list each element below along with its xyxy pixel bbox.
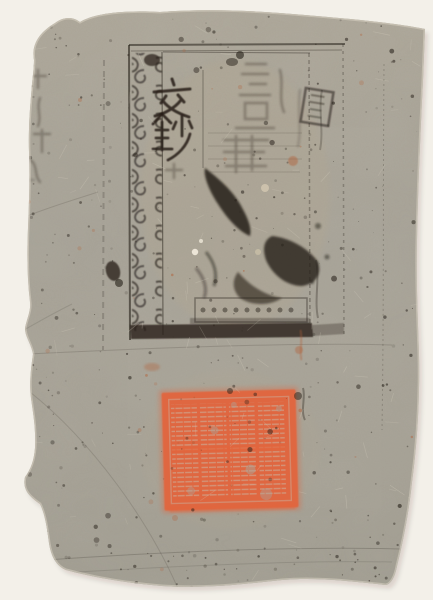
speckle bbox=[188, 551, 190, 553]
speckle bbox=[221, 240, 224, 243]
speckle bbox=[67, 234, 70, 237]
frame-bottom-band-faded bbox=[312, 323, 344, 336]
speckle bbox=[366, 168, 368, 170]
speckle bbox=[56, 47, 57, 48]
speckle bbox=[373, 232, 374, 233]
ornament-dot bbox=[223, 308, 228, 313]
speckle bbox=[331, 276, 337, 282]
ornament-dot bbox=[278, 308, 283, 313]
ink-blotch bbox=[115, 279, 123, 287]
speckle bbox=[386, 383, 388, 385]
speckle bbox=[211, 238, 212, 239]
speckle bbox=[49, 346, 52, 349]
ornament-dot bbox=[201, 308, 206, 313]
speckle bbox=[32, 123, 35, 126]
speckle bbox=[416, 131, 417, 132]
speckle bbox=[336, 419, 338, 421]
speckle bbox=[305, 363, 308, 366]
speckle bbox=[412, 308, 413, 309]
speckle bbox=[215, 563, 218, 566]
speckle bbox=[330, 454, 333, 457]
speckle bbox=[259, 157, 262, 160]
speckle bbox=[161, 451, 162, 452]
speckle bbox=[152, 492, 154, 494]
speckle bbox=[239, 211, 241, 213]
speckle bbox=[389, 389, 391, 391]
speckle bbox=[411, 436, 413, 438]
speckle bbox=[181, 448, 182, 449]
speckle bbox=[324, 430, 327, 433]
speckle bbox=[50, 440, 54, 444]
speckle bbox=[356, 249, 357, 250]
speckle bbox=[47, 405, 50, 408]
speckle bbox=[369, 536, 371, 538]
speckle bbox=[296, 549, 297, 550]
speckle bbox=[94, 537, 100, 543]
speckle bbox=[226, 416, 228, 418]
speckle bbox=[237, 513, 238, 514]
paper-sheet bbox=[0, 0, 433, 600]
speckle bbox=[183, 115, 185, 117]
speckle bbox=[375, 483, 377, 485]
speckle bbox=[308, 396, 311, 399]
speckle bbox=[100, 104, 102, 106]
speckle bbox=[380, 25, 382, 27]
speckle bbox=[243, 270, 245, 272]
speckle bbox=[307, 313, 310, 316]
speckle bbox=[316, 358, 319, 361]
stroke bbox=[172, 79, 174, 85]
speckle bbox=[321, 350, 322, 351]
speckle bbox=[102, 433, 103, 434]
speckle bbox=[301, 313, 302, 314]
speckle bbox=[127, 569, 128, 570]
speckle bbox=[55, 316, 59, 320]
speckle bbox=[359, 80, 364, 85]
rust-spot bbox=[288, 156, 298, 166]
speckle bbox=[340, 247, 343, 250]
speckle bbox=[220, 66, 223, 69]
ink-blotch bbox=[144, 54, 160, 66]
speckle bbox=[167, 193, 169, 195]
speckle bbox=[193, 67, 199, 73]
speckle bbox=[182, 49, 185, 52]
speckle bbox=[400, 59, 401, 60]
speckle bbox=[59, 37, 62, 40]
stroke bbox=[298, 90, 300, 146]
speckle bbox=[185, 437, 188, 440]
speckle bbox=[51, 395, 53, 397]
speckle bbox=[152, 297, 155, 300]
speckle bbox=[79, 201, 82, 204]
speckle bbox=[36, 369, 37, 370]
speckle bbox=[241, 190, 244, 193]
speckle bbox=[138, 428, 142, 432]
speckle bbox=[354, 456, 356, 458]
speckle bbox=[287, 162, 289, 164]
speckle bbox=[120, 568, 122, 570]
speckle bbox=[91, 94, 93, 96]
speckle bbox=[357, 559, 359, 561]
speckle bbox=[286, 398, 287, 399]
speckle bbox=[293, 213, 295, 215]
speckle bbox=[201, 40, 204, 43]
speckle bbox=[147, 553, 148, 554]
ink-dot bbox=[315, 223, 321, 229]
speckle bbox=[167, 560, 169, 562]
speckle bbox=[163, 478, 164, 479]
speckle bbox=[30, 216, 33, 219]
speckle bbox=[375, 187, 377, 189]
speckle bbox=[393, 523, 395, 525]
speckle bbox=[365, 111, 367, 113]
speckle bbox=[126, 353, 128, 355]
speckle bbox=[145, 453, 146, 454]
speckle bbox=[406, 309, 408, 311]
speckle bbox=[53, 425, 54, 426]
speckle bbox=[389, 49, 394, 54]
speckle bbox=[103, 78, 105, 80]
speckle bbox=[98, 324, 101, 327]
speckle bbox=[56, 544, 59, 547]
speckle bbox=[173, 336, 174, 337]
speckle bbox=[344, 405, 347, 408]
ink-dot bbox=[325, 255, 330, 260]
speckle bbox=[172, 320, 174, 322]
speckle bbox=[233, 313, 234, 314]
speckle bbox=[88, 225, 90, 227]
speckle bbox=[232, 385, 235, 388]
ornament-dot bbox=[289, 308, 294, 313]
speckle bbox=[234, 199, 237, 202]
speckle bbox=[193, 554, 197, 558]
speckle bbox=[69, 105, 70, 106]
speckle bbox=[47, 152, 50, 155]
speckle bbox=[211, 362, 212, 363]
damage-spot bbox=[255, 249, 261, 255]
speckle bbox=[356, 384, 361, 389]
speckle bbox=[285, 148, 287, 150]
speckle bbox=[206, 27, 211, 32]
speckle bbox=[201, 449, 202, 450]
speckle bbox=[319, 263, 320, 264]
speckle bbox=[75, 447, 78, 450]
speckle bbox=[297, 556, 300, 559]
speckle bbox=[33, 183, 35, 185]
speckle bbox=[77, 53, 80, 56]
speckle bbox=[224, 162, 226, 164]
speckle bbox=[108, 544, 112, 548]
speckle bbox=[352, 248, 355, 251]
speckle bbox=[330, 554, 331, 555]
speckle bbox=[68, 254, 70, 256]
speckle bbox=[54, 234, 56, 236]
speckle bbox=[274, 179, 277, 182]
speckle bbox=[247, 447, 252, 452]
speckle bbox=[317, 321, 319, 323]
speckle bbox=[100, 205, 101, 206]
speckle bbox=[69, 345, 71, 347]
speckle bbox=[334, 519, 337, 522]
speckle bbox=[257, 555, 260, 558]
ink-blotch bbox=[294, 392, 302, 400]
speckle bbox=[412, 170, 414, 172]
speckle bbox=[268, 16, 270, 18]
speckle bbox=[264, 121, 268, 125]
speckle bbox=[342, 546, 345, 549]
speckle bbox=[158, 207, 159, 208]
speckle bbox=[54, 38, 56, 40]
speckle bbox=[253, 521, 255, 523]
speckle bbox=[372, 210, 373, 211]
speckle bbox=[212, 216, 213, 217]
speckle bbox=[57, 504, 60, 507]
speckle bbox=[41, 289, 44, 292]
speckle bbox=[167, 267, 168, 268]
speckle bbox=[281, 191, 284, 194]
speckle bbox=[135, 240, 137, 242]
speckle bbox=[267, 429, 273, 435]
speckle bbox=[217, 359, 219, 361]
speckle bbox=[315, 44, 316, 45]
speckle bbox=[150, 555, 152, 557]
speckle bbox=[59, 466, 62, 469]
speckle bbox=[98, 401, 101, 404]
speckle bbox=[279, 441, 281, 443]
speckle bbox=[223, 157, 227, 161]
photograph-of-banknote: 交鈔 bbox=[0, 0, 433, 600]
speckle bbox=[91, 200, 92, 201]
rust-streak bbox=[300, 330, 302, 360]
speckle bbox=[227, 123, 229, 125]
ornament-dot bbox=[212, 308, 217, 313]
speckle bbox=[226, 460, 229, 463]
speckle bbox=[94, 184, 96, 186]
speckle bbox=[212, 30, 215, 33]
speckle bbox=[149, 499, 154, 504]
speckle bbox=[249, 244, 250, 245]
speckle bbox=[168, 121, 170, 123]
speckle bbox=[238, 362, 239, 363]
speckle bbox=[312, 471, 316, 475]
speckle bbox=[95, 543, 98, 546]
speckle bbox=[383, 315, 386, 318]
speckle bbox=[264, 438, 266, 440]
speckle bbox=[193, 149, 196, 152]
speckle bbox=[108, 200, 111, 203]
scroll-ornament-border bbox=[132, 53, 162, 331]
speckle bbox=[263, 525, 266, 528]
speckle bbox=[200, 518, 203, 521]
speckle bbox=[308, 415, 309, 416]
speckle bbox=[328, 241, 329, 242]
speckle bbox=[215, 538, 218, 541]
speckle bbox=[321, 313, 323, 315]
speckle bbox=[180, 398, 182, 400]
speckle bbox=[94, 314, 95, 315]
speckle bbox=[273, 196, 275, 198]
speckle bbox=[65, 45, 67, 47]
speckle bbox=[143, 497, 144, 498]
speckle bbox=[316, 442, 317, 443]
speckle bbox=[312, 333, 315, 336]
speckle bbox=[378, 574, 380, 576]
speckle bbox=[128, 376, 131, 379]
speckle bbox=[254, 151, 256, 153]
speckle bbox=[300, 146, 302, 148]
speckle bbox=[358, 221, 359, 222]
speckle bbox=[385, 577, 388, 580]
speckle bbox=[314, 144, 316, 146]
speckle bbox=[41, 303, 42, 304]
speckle bbox=[382, 186, 383, 187]
speckle bbox=[209, 299, 212, 302]
speckle bbox=[268, 478, 272, 482]
speckle bbox=[128, 427, 130, 429]
speckle bbox=[367, 515, 369, 517]
speckle bbox=[246, 367, 248, 369]
speckle bbox=[187, 577, 189, 579]
speckle bbox=[365, 22, 366, 23]
speckle bbox=[53, 414, 54, 415]
banknote-photo: 交鈔 bbox=[0, 0, 433, 600]
speckle bbox=[236, 549, 239, 552]
speckle bbox=[153, 252, 155, 254]
speckle bbox=[128, 107, 129, 108]
speckle bbox=[135, 394, 137, 396]
speckle bbox=[331, 522, 333, 524]
speckle bbox=[109, 146, 112, 149]
speckle bbox=[248, 420, 252, 424]
speckle bbox=[48, 390, 50, 392]
speckle bbox=[392, 344, 396, 348]
rust-spot bbox=[172, 515, 178, 521]
speckle bbox=[32, 212, 35, 215]
speckle bbox=[65, 556, 68, 559]
speckle bbox=[353, 550, 356, 553]
speckle bbox=[369, 270, 372, 273]
vermilion-seal bbox=[158, 386, 301, 514]
frame-bottom-band bbox=[130, 323, 313, 339]
speckle bbox=[179, 37, 184, 42]
margin-smudge bbox=[320, 90, 322, 150]
speckle bbox=[293, 563, 295, 565]
speckle bbox=[46, 377, 47, 378]
speckle bbox=[345, 38, 348, 41]
speckle bbox=[39, 436, 40, 437]
speckle bbox=[308, 70, 310, 72]
damage-spot bbox=[261, 184, 269, 192]
speckle bbox=[376, 541, 380, 545]
speckle bbox=[375, 88, 376, 89]
speckle bbox=[367, 519, 369, 521]
speckle bbox=[360, 276, 363, 279]
speckle bbox=[234, 423, 235, 424]
speckle bbox=[273, 228, 274, 229]
speckle bbox=[330, 511, 332, 513]
speckle bbox=[354, 553, 357, 556]
speckle bbox=[236, 568, 237, 569]
speckle bbox=[227, 46, 228, 47]
speckle bbox=[211, 88, 213, 90]
ornament-dot bbox=[267, 308, 272, 313]
damage-spot bbox=[192, 249, 198, 255]
speckle bbox=[242, 255, 245, 258]
speckle bbox=[356, 70, 357, 71]
speckle bbox=[274, 568, 277, 571]
speckle bbox=[314, 210, 317, 213]
speckle bbox=[337, 196, 339, 198]
speckle bbox=[69, 138, 72, 141]
speckle bbox=[298, 409, 302, 413]
speckle bbox=[205, 22, 206, 23]
speckle bbox=[112, 260, 113, 261]
speckle bbox=[48, 73, 50, 75]
speckle bbox=[354, 561, 356, 563]
speckle bbox=[65, 380, 66, 381]
speckle bbox=[382, 534, 384, 536]
speckle bbox=[156, 228, 157, 229]
speckle bbox=[401, 282, 403, 284]
speckle bbox=[71, 344, 74, 347]
damage-spot bbox=[199, 239, 203, 243]
speckle bbox=[371, 432, 372, 433]
speckle bbox=[255, 217, 257, 219]
ornament-dot bbox=[245, 308, 250, 313]
speckle bbox=[219, 43, 222, 46]
speckle bbox=[99, 369, 100, 370]
speckle bbox=[39, 382, 42, 385]
speckle bbox=[80, 96, 82, 98]
speckle bbox=[382, 384, 385, 387]
speckle bbox=[254, 26, 257, 29]
speckle bbox=[120, 101, 122, 103]
speckle bbox=[398, 504, 402, 508]
speckle bbox=[145, 454, 147, 456]
speckle bbox=[333, 161, 334, 162]
speckle bbox=[108, 180, 111, 183]
speckle bbox=[329, 461, 331, 463]
ornament-dot bbox=[256, 308, 261, 313]
speckle bbox=[127, 54, 129, 56]
speckle bbox=[109, 39, 112, 42]
speckle bbox=[209, 425, 212, 428]
speckle bbox=[332, 101, 335, 104]
speckle bbox=[145, 374, 148, 377]
speckle bbox=[154, 382, 157, 385]
speckle bbox=[73, 262, 75, 264]
speckle bbox=[336, 381, 338, 383]
speckle bbox=[346, 471, 349, 474]
speckle bbox=[45, 349, 50, 354]
speckle bbox=[130, 176, 131, 177]
speckle bbox=[335, 555, 338, 558]
speckle bbox=[240, 247, 243, 250]
speckle bbox=[238, 85, 242, 89]
ornament-dot bbox=[234, 308, 239, 313]
speckle bbox=[110, 247, 112, 249]
speckle bbox=[264, 548, 266, 550]
speckle bbox=[396, 544, 398, 546]
speckle bbox=[78, 104, 80, 106]
speckle bbox=[351, 568, 354, 571]
speckle bbox=[242, 327, 243, 328]
speckle bbox=[309, 133, 312, 136]
ink-dot bbox=[310, 280, 314, 284]
speckle bbox=[251, 368, 254, 371]
speckle bbox=[196, 266, 197, 267]
speckle bbox=[68, 556, 71, 559]
